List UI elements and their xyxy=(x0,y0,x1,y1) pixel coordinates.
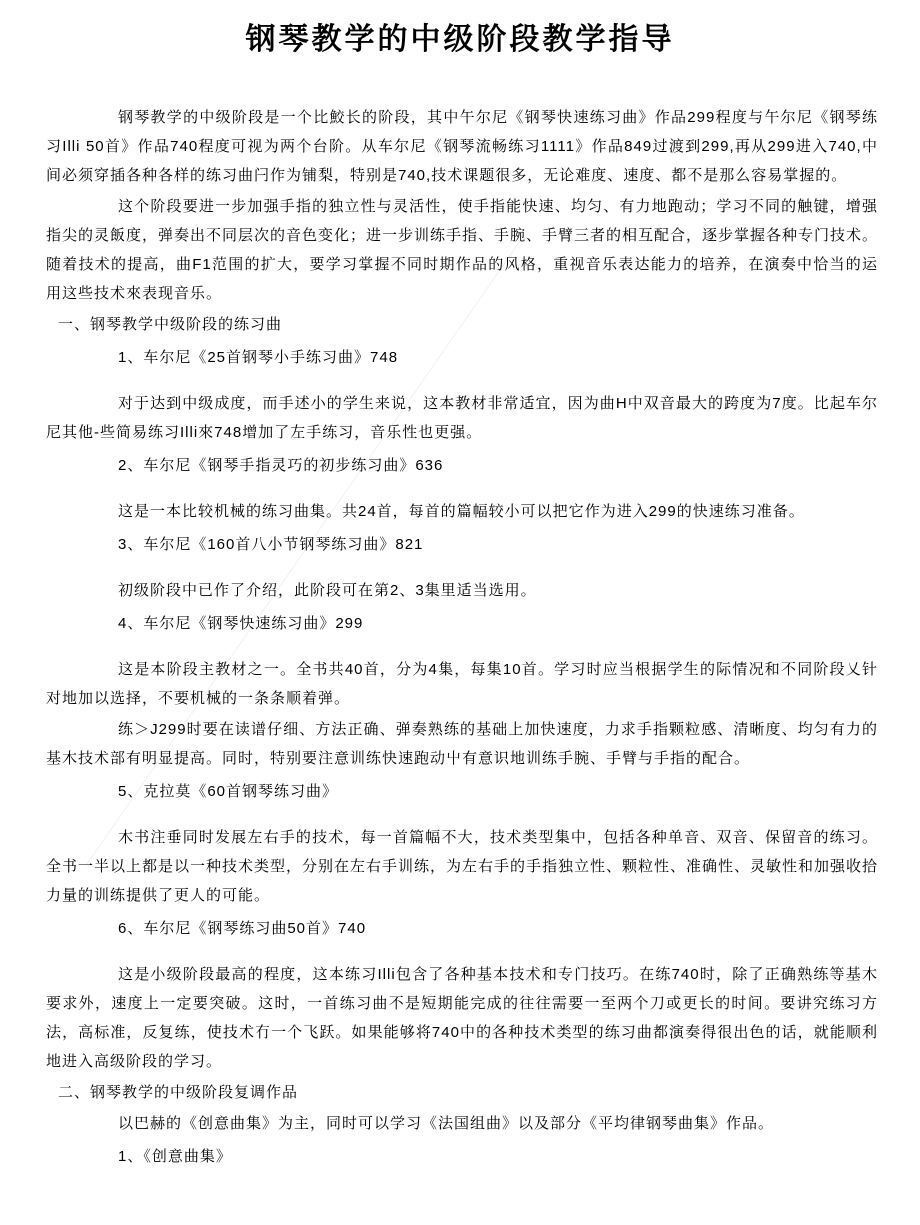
paragraph: 这是一本比较机械的练习曲集。共24首，每首的篇幅较小可以把它作为进入299的快速… xyxy=(46,497,878,526)
section-heading: 一、钢琴教学中级阶段的练习曲 xyxy=(58,310,878,339)
document-title: 钢琴教学的中级阶段教学指导 xyxy=(0,0,920,60)
list-item: 3、车尔尼《160首八小节钢琴练习曲》821 xyxy=(118,530,878,559)
section-heading: 二、钢琴教学的中级阶段复调作品 xyxy=(58,1078,878,1107)
document-body: 钢琴教学的中级阶段是一个比鮫长的阶段，其中午尔尼《钢琴快速练习曲》作品299程度… xyxy=(0,103,920,1171)
paragraph: 练＞J299时要在读谱仔细、方法正确、弹奏熟练的基础上加快速度，力求手指颗粒感、… xyxy=(46,715,878,773)
list-item: 4、车尔尼《钢琴快速练习曲》299 xyxy=(118,609,878,638)
list-item: 5、克拉莫《60首钢琴练习曲》 xyxy=(118,777,878,806)
document-page: 钢琴教学的中级阶段教学指导 钢琴教学的中级阶段是一个比鮫长的阶段，其中午尔尼《钢… xyxy=(0,0,920,1225)
paragraph: 这是本阶段主教材之一。全书共40首，分为4集，每集10首。学习时应当根据学生的际… xyxy=(46,655,878,713)
paragraph: 初级阶段中已作了介绍，此阶段可在第2、3集里适当选用。 xyxy=(46,576,878,605)
paragraph: 以巴赫的《创意曲集》为主，同时可以学习《法国组曲》以及部分《平均律钢琴曲集》作品… xyxy=(46,1109,878,1138)
list-item: 1、车尔尼《25首钢琴小手练习曲》748 xyxy=(118,343,878,372)
list-item: 1、《创意曲集》 xyxy=(118,1142,878,1171)
list-item: 2、车尔尼《钢琴手指灵巧的初步练习曲》636 xyxy=(118,451,878,480)
paragraph: 钢琴教学的中级阶段是一个比鮫长的阶段，其中午尔尼《钢琴快速练习曲》作品299程度… xyxy=(46,103,878,190)
paragraph: 这个阶段要进一步加强手指的独立性与灵活性，使手指能快速、均匀、有力地跑动；学习不… xyxy=(46,192,878,308)
list-item: 6、车尔尼《钢琴练习曲50首》740 xyxy=(118,914,878,943)
paragraph: 对于达到中级成度，而手述小的学生来说，这本教材非常适宜，因为曲H中双音最大的跨度… xyxy=(46,389,878,447)
paragraph: 这是小级阶段最高的程度，这本练习Illi包含了各种基本技术和专门技巧。在练740… xyxy=(46,960,878,1076)
paragraph: 木书注垂同时发展左右手的技术，每一首篇幅不大，技术类型集中，包括各种单音、双音、… xyxy=(46,823,878,910)
